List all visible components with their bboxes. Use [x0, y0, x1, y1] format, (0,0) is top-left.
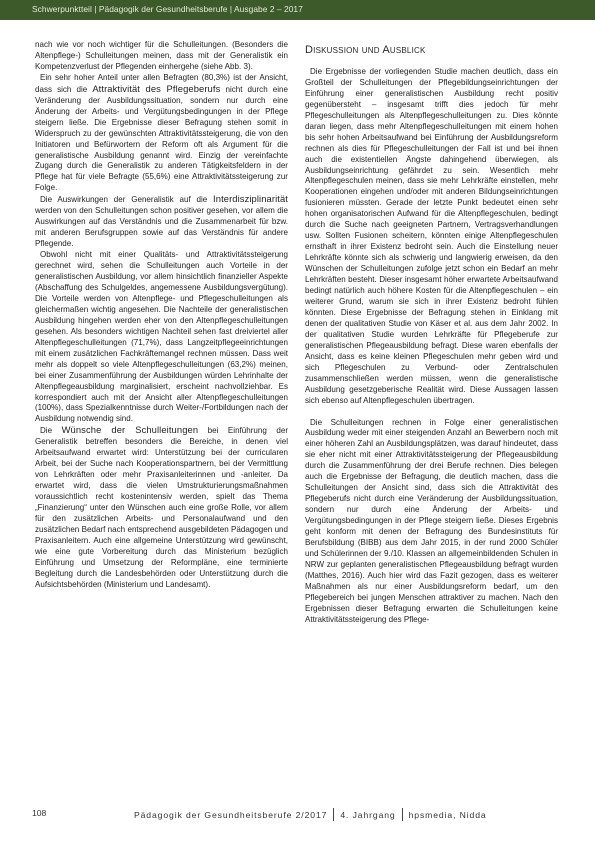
keyword-highlight: Interdisziplinarität [213, 193, 288, 204]
footer: 108 Pädagogik der Gesundheitsberufe 2/20… [0, 808, 595, 828]
keyword-highlight: Wünsche der Schulleitungen [62, 424, 199, 435]
section-title: Diskussion und Ausblick [305, 45, 558, 56]
publisher: hpsmedia, Nidda [409, 810, 487, 820]
paragraph: nach wie vor noch wichtiger für die Schu… [35, 40, 288, 73]
divider [333, 808, 334, 821]
journal-title: Pädagogik der Gesundheitsberufe 2/2017 [134, 810, 327, 820]
paragraph: Die Schulleitungen rechnen in Folge eine… [305, 418, 558, 626]
paragraph: Obwohl nicht mit einer Qualitäts- und At… [35, 250, 288, 425]
right-column: Diskussion und Ausblick Die Ergebnisse d… [305, 40, 558, 626]
paragraph: Ein sehr hoher Anteil unter allen Befrag… [35, 73, 288, 194]
page-number: 108 [32, 808, 46, 818]
running-title: Schwerpunktteil | Pädagogik der Gesundhe… [32, 4, 303, 14]
paragraph: Die Auswirkungen der Generalistik auf di… [35, 194, 288, 250]
paragraph: Die Ergebnisse der vorliegenden Studie m… [305, 67, 558, 407]
paragraph-gap [305, 407, 558, 418]
journal-info: Pädagogik der Gesundheitsberufe 2/20174.… [134, 808, 487, 821]
left-column: nach wie vor noch wichtiger für die Schu… [35, 40, 288, 591]
volume: 4. Jahrgang [340, 810, 395, 820]
divider [402, 808, 403, 821]
header-bar: Schwerpunktteil | Pädagogik der Gesundhe… [0, 0, 595, 20]
keyword-highlight: Attraktivität des Pflegeberufs [92, 83, 220, 94]
paragraph: Die Wünsche der Schulleitungen bei Einfü… [35, 425, 288, 590]
